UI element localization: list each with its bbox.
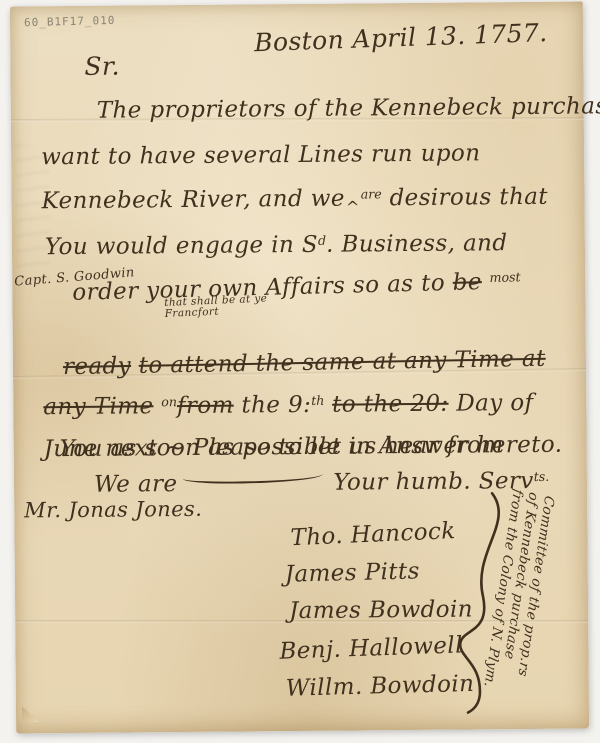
manuscript-text: You would engage in S [45, 232, 318, 260]
inserted-text: th [311, 393, 324, 408]
salutation: Sr. [84, 52, 120, 81]
addressee: Mr. Jonas Jones. [24, 497, 202, 523]
struck-text: be [452, 269, 482, 296]
manuscript-text: desirous that [382, 184, 548, 211]
manuscript-text: We are [94, 471, 178, 498]
struck-text: to the 20: [332, 391, 449, 418]
scan-background: 60_B1F17_010 Boston April 13. 1757. Sr. … [0, 0, 600, 743]
letter-line: want to have several Lines run upon [41, 140, 481, 170]
letter-line: The proprietors of the Kennebeck purchas… [97, 93, 600, 124]
inserted-text: on [161, 394, 177, 409]
signature: Benj. Hallowell [279, 626, 475, 671]
struck-text: from [177, 393, 234, 419]
catalog-number: 60_B1F17_010 [24, 14, 116, 29]
letter-line-struck: ready to attend the same at any Time at [63, 346, 546, 380]
manuscript-text: ^ [346, 198, 360, 217]
manuscript-text: the 9: [234, 392, 312, 419]
inserted-text: most [489, 269, 521, 285]
struck-text: ready [63, 353, 131, 380]
signature: James Bowdoin [289, 590, 474, 630]
signature-list: Tho. HancockJames PittsJames BowdoinBenj… [290, 514, 474, 706]
letter-line: You would engage in Sd. Business, and [45, 230, 508, 260]
letter-line: You as soon as possible in Answer hereto… [60, 432, 563, 462]
dateline: Boston April 13. 1757. [254, 18, 548, 57]
signature: James Pitts [284, 551, 473, 594]
letter-line: Kennebeck River, and we^are desirous tha… [41, 184, 548, 220]
manuscript-text: Day of [448, 390, 533, 417]
interlinear-insertion: that shall be at ye Francfort [164, 293, 268, 319]
manuscript-text [153, 393, 161, 419]
manuscript-text: Kennebeck River, and we [41, 186, 345, 215]
signature: Tho. Hancock [290, 511, 474, 557]
folded-corner [22, 706, 40, 722]
manuscript-text: The proprietors of the Kennebeck purchas… [97, 93, 600, 124]
struck-text: to attend the same at any Time at [139, 346, 546, 379]
manuscript-text: You as soon as possible in Answer hereto… [60, 432, 563, 462]
inserted-text: ts. [534, 469, 550, 484]
manuscript-text: ~ [183, 469, 323, 484]
struck-text: any Time [43, 393, 153, 420]
inserted-text: are [361, 186, 382, 201]
letter-line: order your own Affairs so as to be most [72, 268, 521, 306]
letter-line: any Time onfrom the 9:th to the 20: Day … [43, 390, 533, 420]
manuscript-text [324, 392, 332, 418]
manuscript-text: want to have several Lines run upon [41, 140, 481, 170]
signature: Willm. Bowdoin [285, 665, 474, 708]
manuscript-text: . Business, and [326, 230, 508, 258]
letter-page: 60_B1F17_010 Boston April 13. 1757. Sr. … [10, 2, 589, 734]
